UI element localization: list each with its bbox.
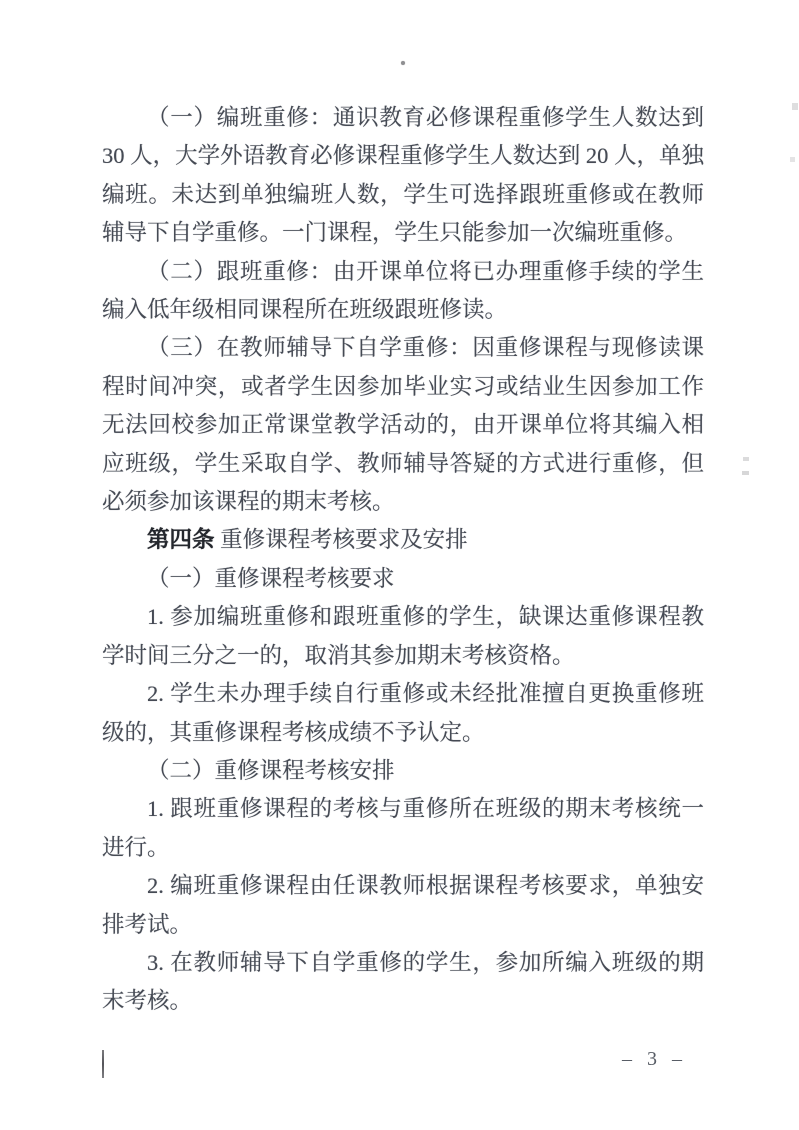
paragraph-section-1-item-1: 1. 参加编班重修和跟班重修的学生，缺课达重修课程教学时间三分之一的，取消其参加…: [102, 598, 704, 675]
page-number: – 3 –: [622, 1048, 682, 1071]
article-4-heading: 第四条: [147, 527, 215, 552]
scan-artifact-speck: [743, 457, 749, 461]
scan-artifact-speck: [792, 103, 798, 110]
scan-artifact-speck: [742, 471, 749, 475]
paragraph-article-4: 第四条 重修课程考核要求及安排: [102, 521, 704, 559]
paragraph-section-1-item-2: 2. 学生未办理手续自行重修或未经批准擅自更换重修班级的，其重修课程考核成绩不予…: [102, 675, 704, 752]
paragraph-section-2-item-1: 1. 跟班重修课程的考核与重修所在班级的期末考核统一进行。: [102, 790, 704, 867]
scan-artifact-dot: [401, 61, 405, 65]
article-4-title: 重修课程考核要求及安排: [215, 527, 468, 552]
paragraph-bianban-chongxiu: （一）编班重修：通识教育必修课程重修学生人数达到 30 人，大学外语教育必修课程…: [102, 99, 704, 253]
paragraph-section-1-heading: （一）重修课程考核要求: [102, 560, 704, 598]
paragraph-section-2-item-2: 2. 编班重修课程由任课教师根据课程考核要求，单独安排考试。: [102, 867, 704, 944]
scan-artifact-speck: [790, 157, 795, 162]
paragraph-zixue-chongxiu: （三）在教师辅导下自学重修：因重修课程与现修读课程时间冲突，或者学生因参加毕业实…: [102, 329, 704, 521]
paragraph-section-2-item-3: 3. 在教师辅导下自学重修的学生，参加所编入班级的期末考核。: [102, 944, 704, 1021]
document-page: （一）编班重修：通识教育必修课程重修学生人数达到 30 人，大学外语教育必修课程…: [102, 99, 704, 1021]
paragraph-section-2-heading: （二）重修课程考核安排: [102, 752, 704, 790]
paragraph-genban-chongxiu: （二）跟班重修：由开课单位将已办理重修手续的学生编入低年级相同课程所在班级跟班修…: [102, 253, 704, 330]
scan-artifact-tick: [102, 1050, 104, 1078]
